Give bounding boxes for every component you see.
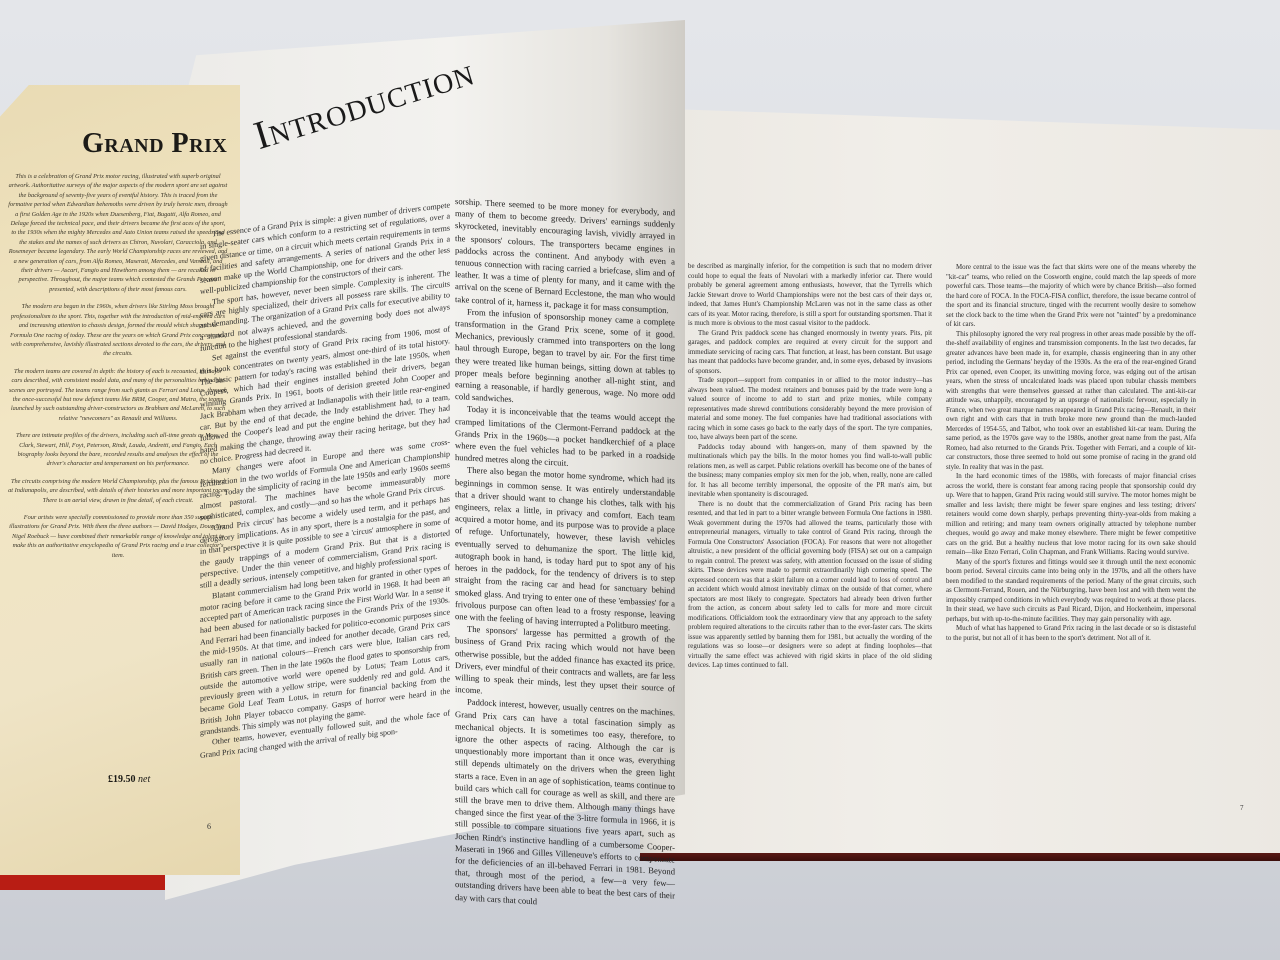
paragraph: There also began the motor home syndrome… bbox=[455, 463, 675, 633]
jacket-paragraph: Four artists were specially commissioned… bbox=[8, 513, 228, 560]
jacket-paragraph: The modern teams are covered in depth: t… bbox=[8, 367, 228, 423]
book-photo: Grand Prix This is a celebration of Gran… bbox=[0, 0, 1280, 960]
paragraph: This philosophy ignored the very real pr… bbox=[946, 330, 1196, 473]
jacket-paragraph: The circuits comprising the modern World… bbox=[8, 477, 228, 505]
paragraph: The Grand Prix paddock scene has changed… bbox=[688, 329, 932, 377]
paragraph: sorship. There seemed to be more money f… bbox=[455, 195, 675, 316]
right-page-column-2: More central to the issue was the fact t… bbox=[946, 263, 1196, 643]
jacket-blurb: This is a celebration of Grand Prix moto… bbox=[8, 172, 228, 568]
paragraph: be described as marginally inferior, for… bbox=[688, 262, 932, 329]
paragraph: There is no doubt that the commercializa… bbox=[688, 500, 932, 671]
paragraph: From the infusion of sponsorship money c… bbox=[455, 305, 675, 414]
left-page-column-1: The essence of a Grand Prix is simple: a… bbox=[200, 199, 450, 761]
jacket-price: £19.50 net bbox=[108, 774, 150, 785]
page-number-right: 7 bbox=[1240, 804, 1244, 812]
paragraph: More central to the issue was the fact t… bbox=[946, 263, 1196, 330]
paragraph: In the hard economic times of the 1980s,… bbox=[946, 472, 1196, 558]
left-page-column-2: sorship. There seemed to be more money f… bbox=[455, 195, 675, 914]
paragraph: Trade support—support from companies in … bbox=[688, 376, 932, 443]
price-suffix: net bbox=[138, 774, 150, 785]
right-page-column-1: be described as marginally inferior, for… bbox=[688, 262, 932, 671]
paragraph: Many of the sport's fixtures and fitting… bbox=[946, 558, 1196, 625]
book-cover-bottom-edge bbox=[640, 853, 1280, 861]
paragraph: Today it is inconceivable that the teams… bbox=[455, 402, 675, 475]
jacket-paragraph: There are intimate profiles of the drive… bbox=[8, 431, 228, 469]
jacket-title: Grand Prix bbox=[82, 128, 242, 160]
paragraph: The sponsors' largesse has permitted a g… bbox=[455, 622, 675, 707]
price-value: £19.50 bbox=[108, 774, 136, 785]
jacket-paragraph: The modern era began in the 1960s, when … bbox=[8, 302, 228, 358]
page-number-left: 6 bbox=[207, 822, 211, 831]
paragraph: Much of what has happened to Grand Prix … bbox=[946, 624, 1196, 643]
paragraph: Paddocks today abound with hangers-on, m… bbox=[688, 443, 932, 500]
paragraph: Paddock interest, however, usually centr… bbox=[455, 695, 675, 914]
jacket-paragraph: This is a celebration of Grand Prix moto… bbox=[8, 172, 228, 294]
